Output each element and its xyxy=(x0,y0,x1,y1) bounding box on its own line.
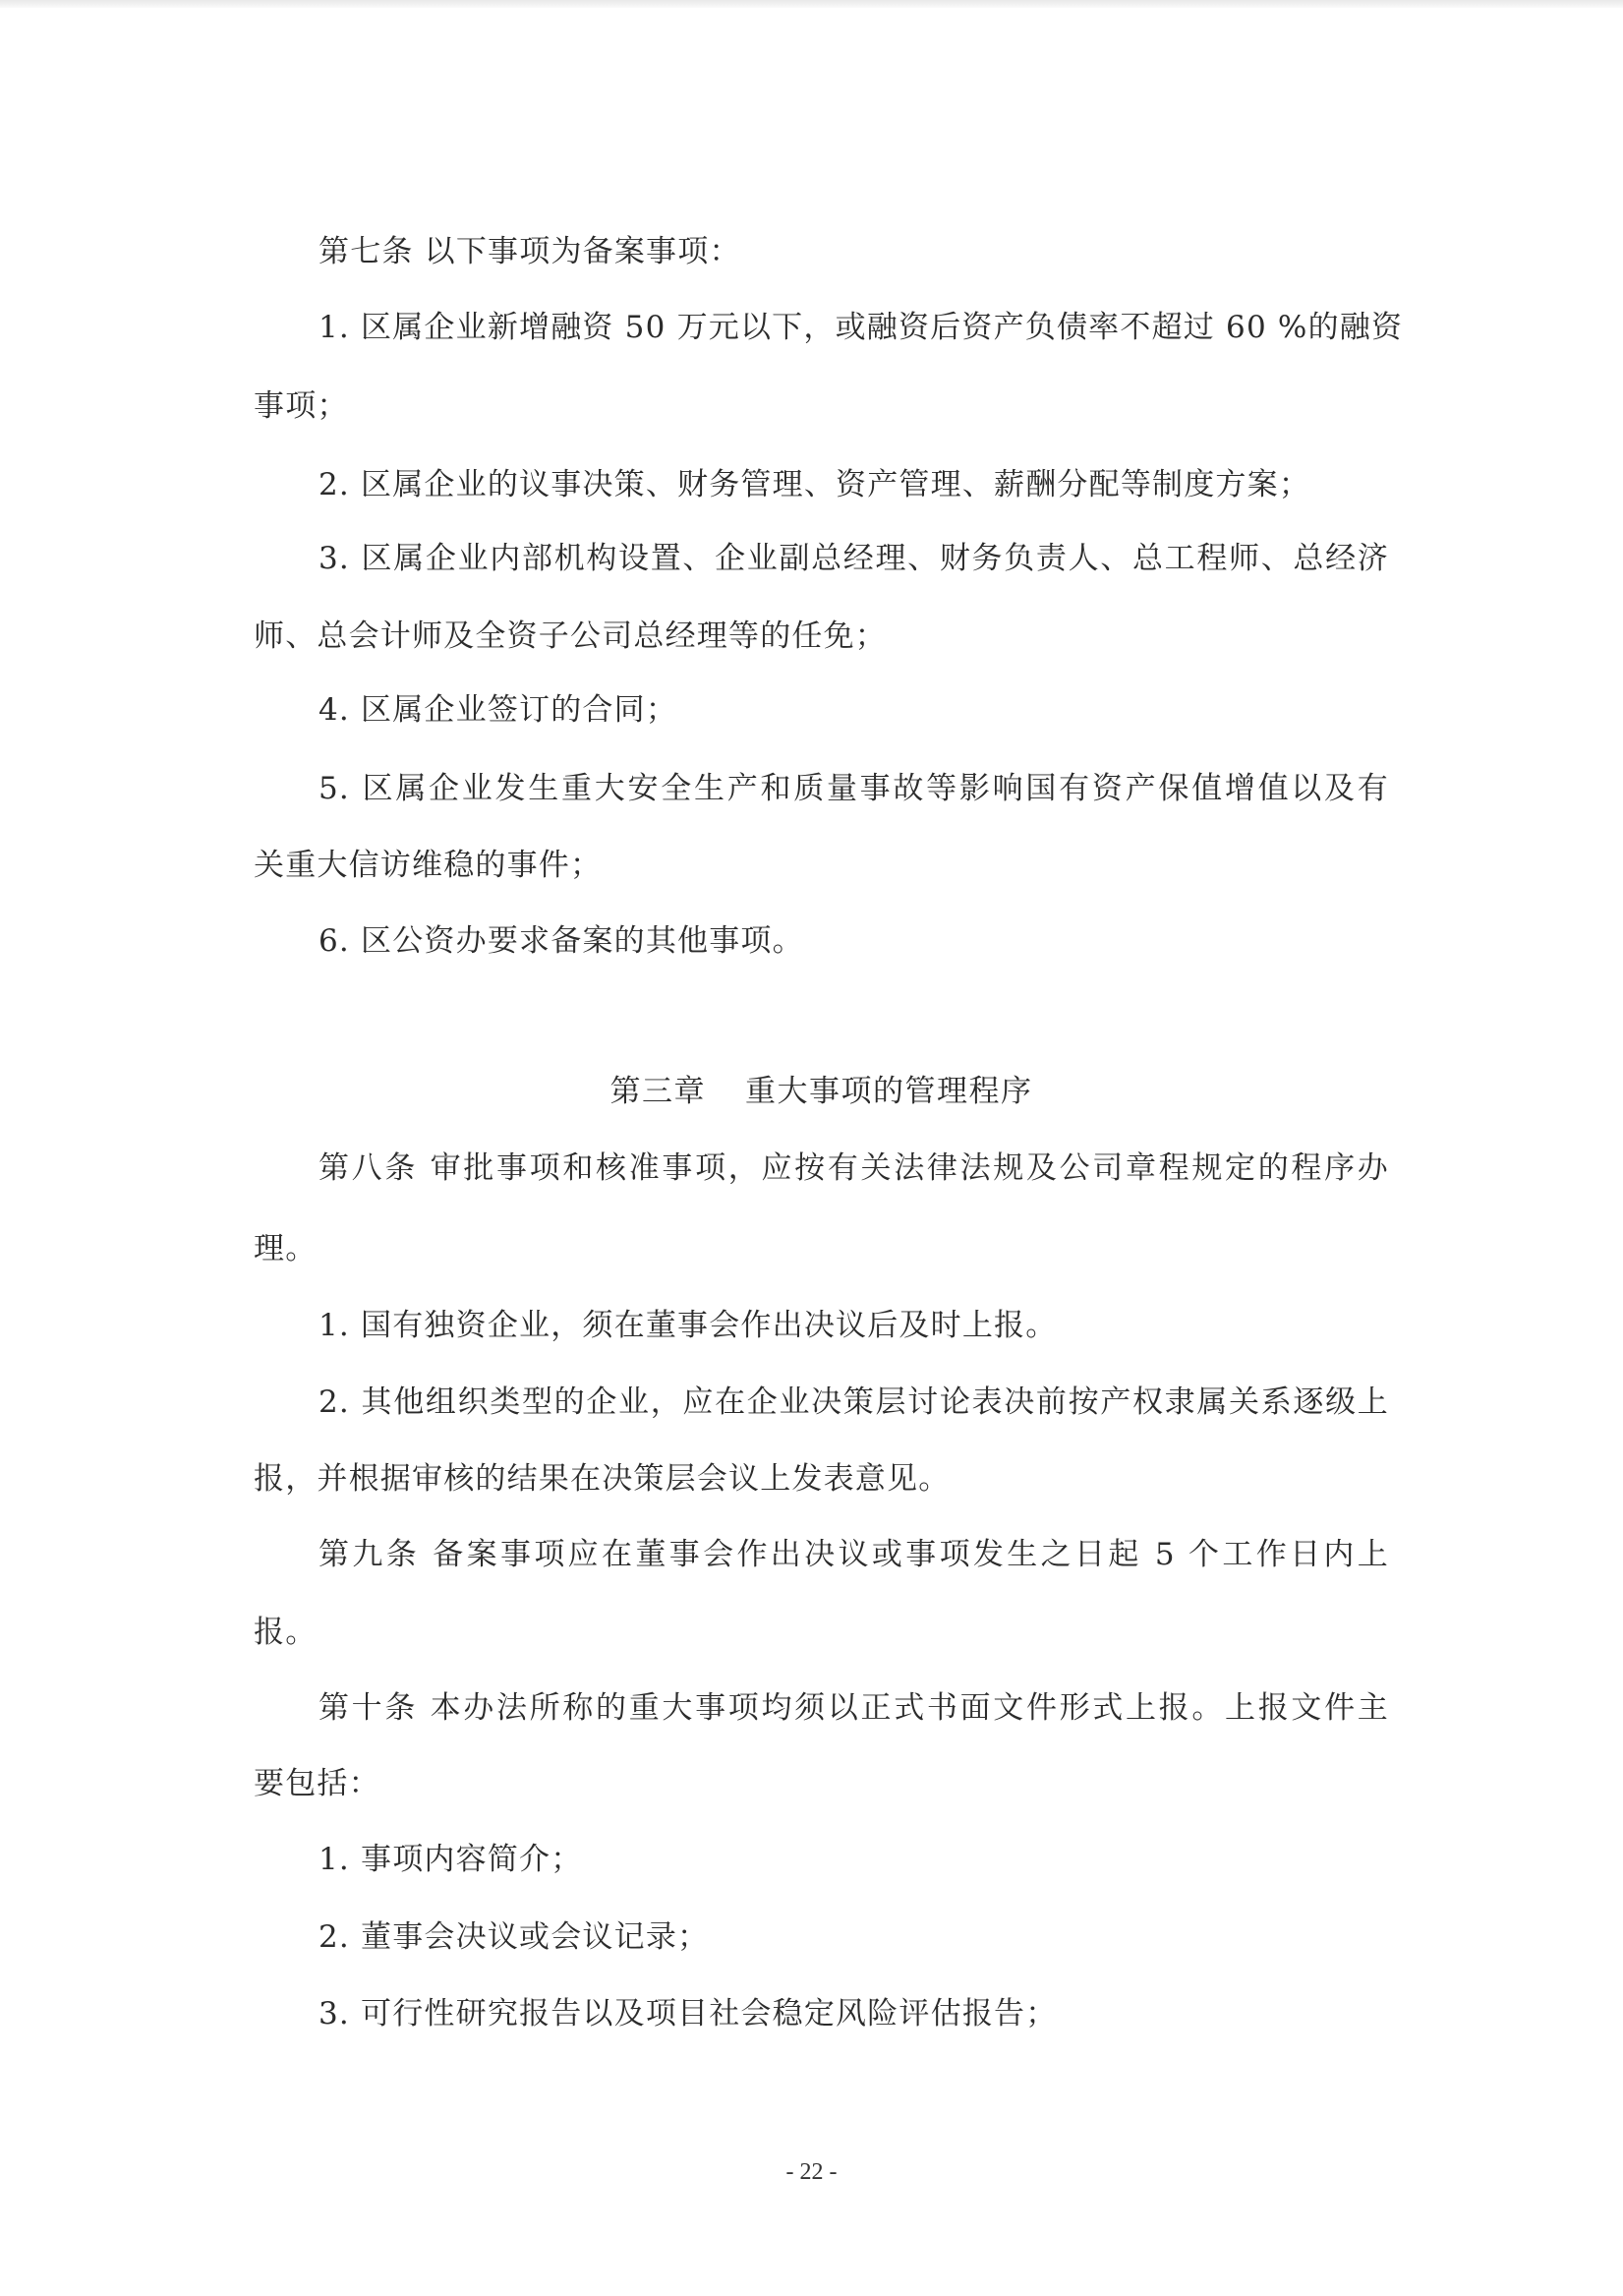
article-9-cont: 报。 xyxy=(254,1613,1389,1652)
article-7-heading: 第七条 以下事项为备案事项： xyxy=(319,232,1389,271)
chapter-heading: 第三章重大事项的管理程序 xyxy=(254,1072,1389,1111)
article-7-item-5: 5. 区属企业发生重大安全生产和质量事故等影响国有资产保值增值以及有 xyxy=(319,769,1389,808)
article-7-item-2: 2. 区属企业的议事决策、财务管理、资产管理、薪酬分配等制度方案； xyxy=(319,465,1389,504)
article-10-item-1: 1. 事项内容简介； xyxy=(319,1840,1389,1879)
article-8-item-2: 2. 其他组织类型的企业，应在企业决策层讨论表决前按产权隶属关系逐级上 xyxy=(319,1383,1389,1422)
article-7-item-3: 3. 区属企业内部机构设置、企业副总经理、财务负责人、总工程师、总经济 xyxy=(319,539,1389,578)
article-8-item-2-cont: 报，并根据审核的结果在决策层会议上发表意见。 xyxy=(254,1459,1389,1499)
article-7-item-4: 4. 区属企业签订的合同； xyxy=(319,690,1389,730)
article-10-item-2: 2. 董事会决议或会议记录； xyxy=(319,1917,1389,1957)
article-8-item-1: 1. 国有独资企业，须在董事会作出决议后及时上报。 xyxy=(319,1306,1389,1345)
article-7-item-1: 1. 区属企业新增融资 50 万元以下，或融资后资产负债率不超过 60 %的融资 xyxy=(319,308,1389,347)
article-7-item-6: 6. 区公资办要求备案的其他事项。 xyxy=(319,921,1389,961)
article-8-cont: 理。 xyxy=(254,1229,1389,1268)
article-7-item-5-cont: 关重大信访维稳的事件； xyxy=(254,846,1389,885)
article-7-item-3-cont: 师、总会计师及全资子公司总经理等的任免； xyxy=(254,617,1389,656)
article-10-item-3: 3. 可行性研究报告以及项目社会稳定风险评估报告； xyxy=(319,1994,1389,2033)
article-9: 第九条 备案事项应在董事会作出决议或事项发生之日起 5 个工作日内上 xyxy=(319,1535,1389,1574)
chapter-title: 重大事项的管理程序 xyxy=(745,1074,1033,1109)
article-8: 第八条 审批事项和核准事项，应按有关法律法规及公司章程规定的程序办 xyxy=(319,1148,1389,1188)
article-7-item-1-cont: 事项； xyxy=(254,386,1389,426)
scan-edge xyxy=(0,0,1623,8)
article-10: 第十条 本办法所称的重大事项均须以正式书面文件形式上报。上报文件主 xyxy=(319,1688,1389,1728)
chapter-number: 第三章 xyxy=(610,1074,707,1109)
article-10-cont: 要包括： xyxy=(254,1764,1389,1803)
page-number: - 22 - xyxy=(0,2159,1623,2186)
